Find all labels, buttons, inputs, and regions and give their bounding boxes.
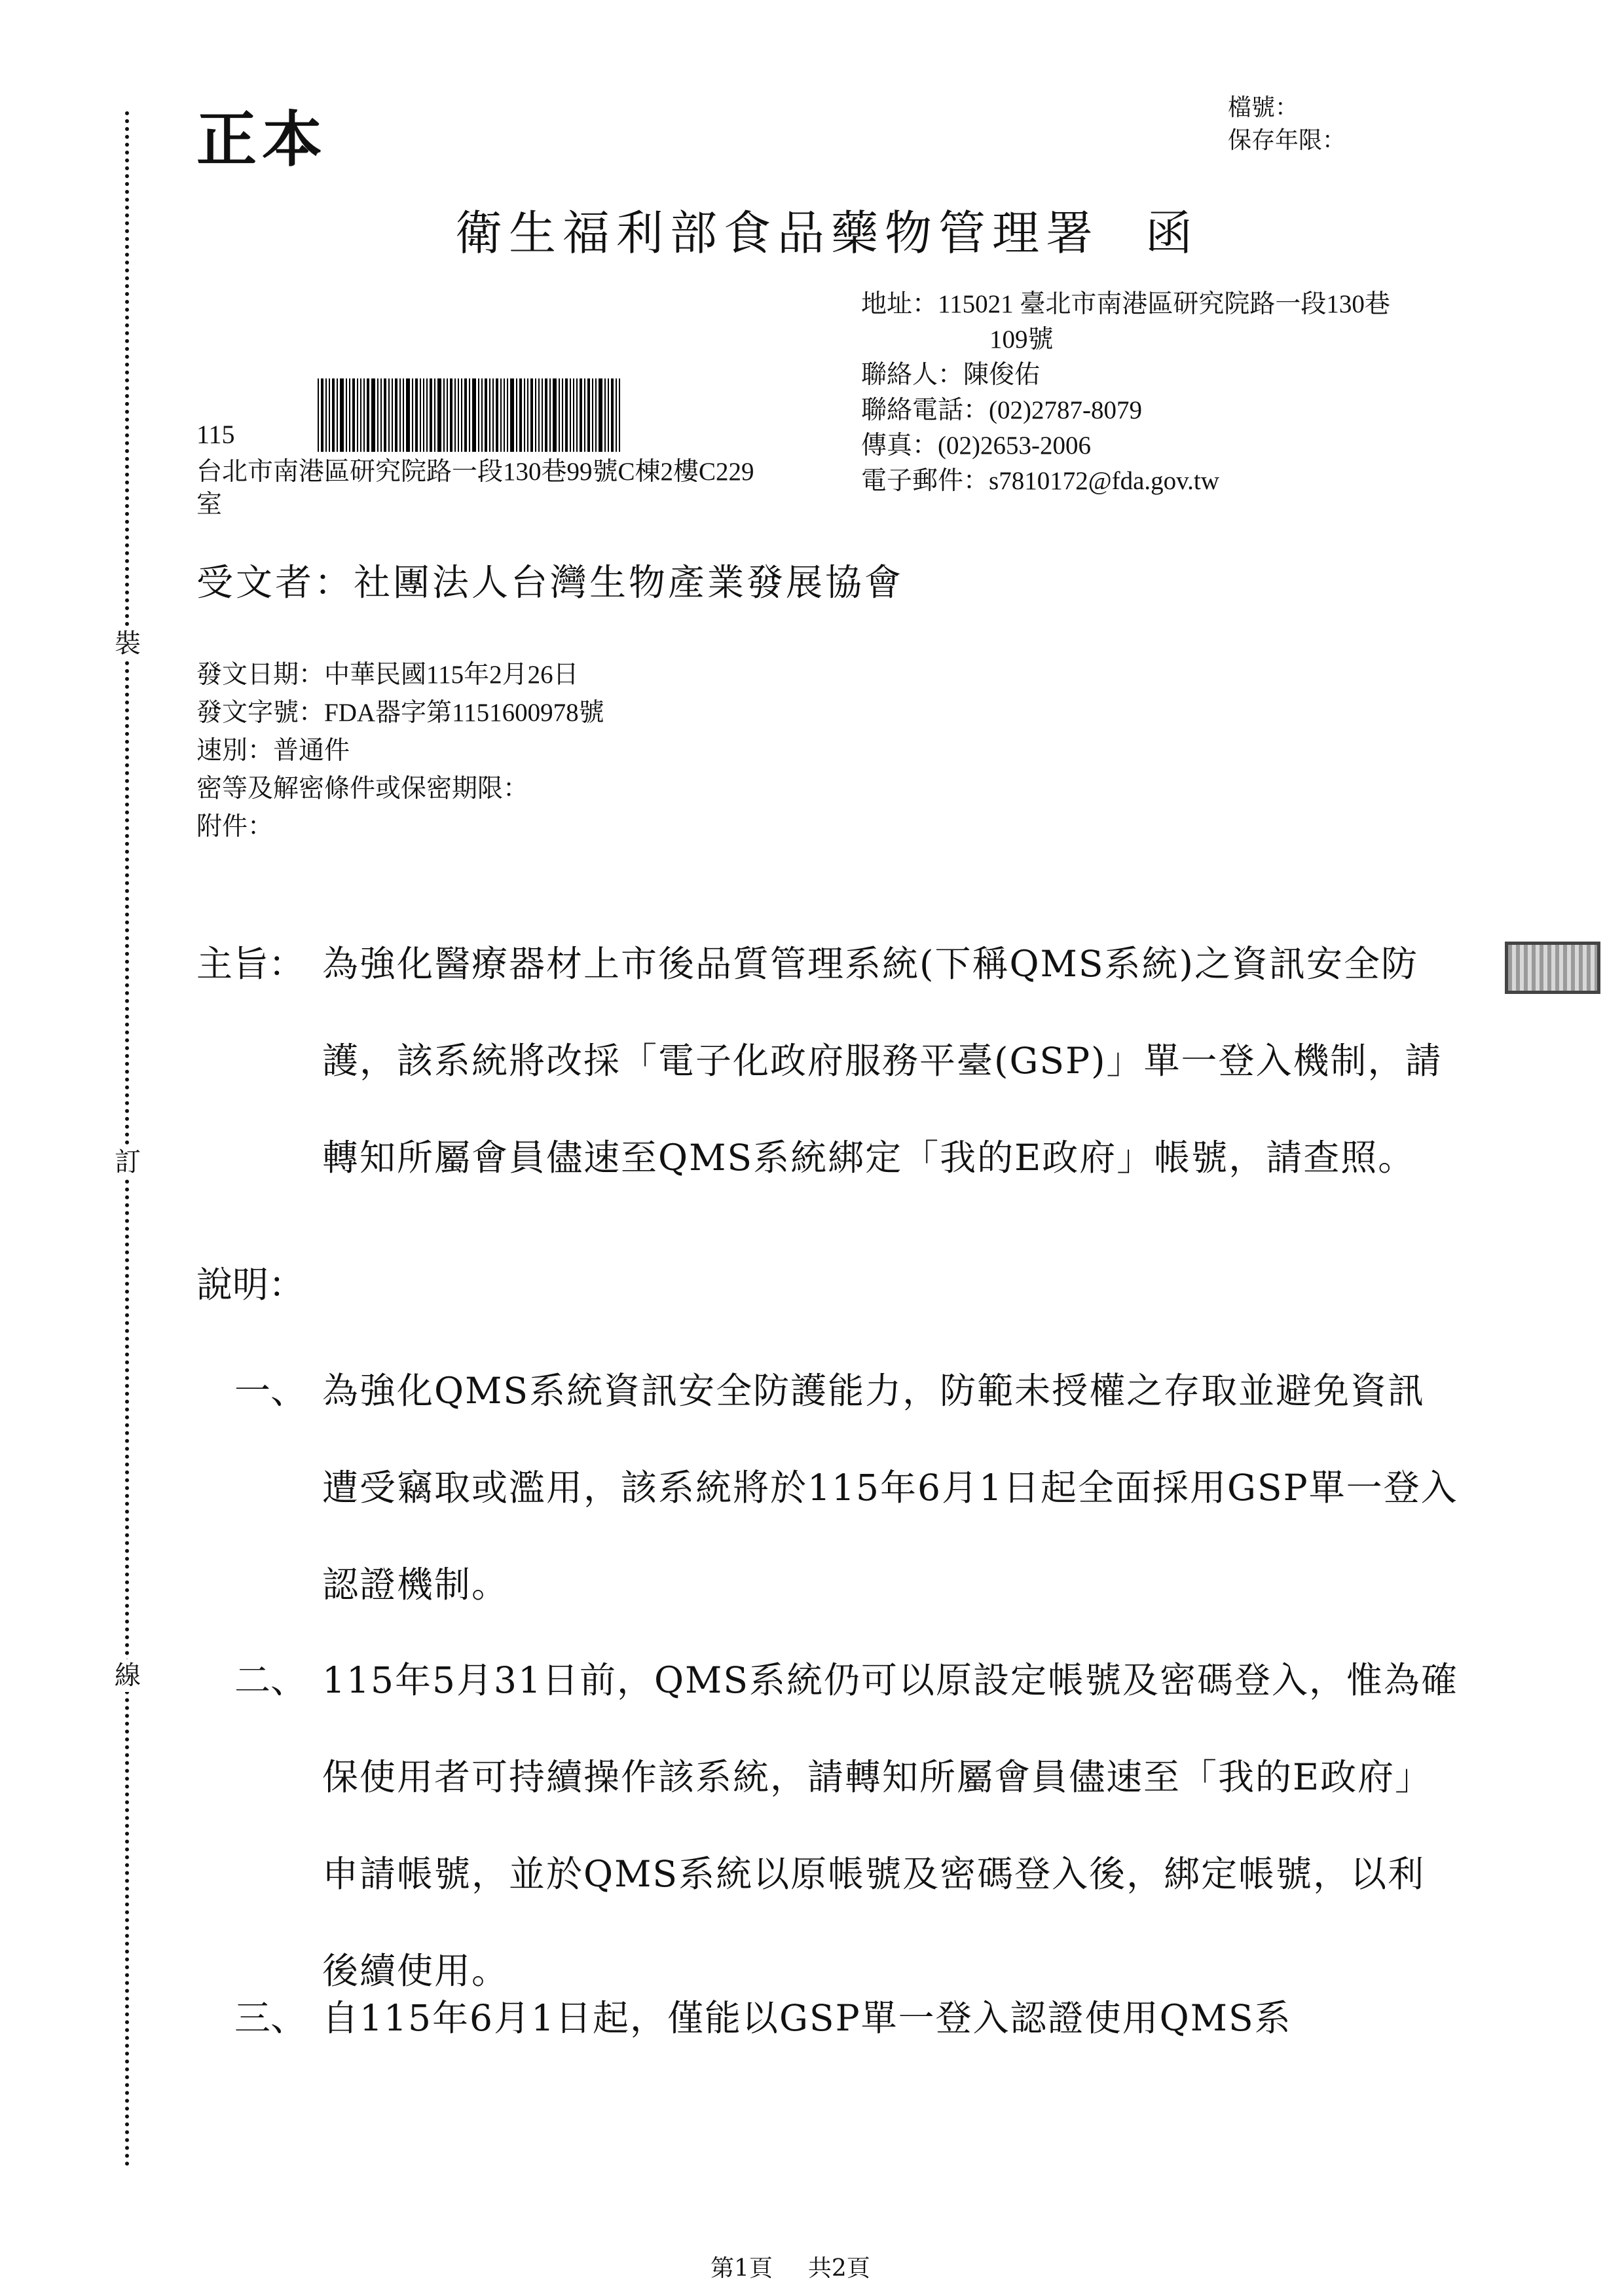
subject-text: 為強化醫療器材上市後品質管理系統(下稱QMS系統)之資訊安全防護，該系統將改採「… bbox=[322, 915, 1462, 1206]
item-text: 自115年6月1日起，僅能以GSP單一登入認證使用QMS系 bbox=[322, 1970, 1462, 2066]
email-row: 電子郵件：s7810172@fda.gov.tw bbox=[861, 464, 1390, 499]
address-value: 115021 臺北市南港區研究院路一段130巷 bbox=[938, 290, 1390, 318]
mailing-address-line2: 室 bbox=[196, 488, 754, 521]
binding-char-zhuang: 裝 bbox=[105, 627, 151, 660]
address-row-2: 109號 bbox=[861, 322, 1390, 358]
contact-person-label: 聯絡人： bbox=[861, 361, 963, 389]
page-total: 共2頁 bbox=[808, 2255, 870, 2282]
file-number-row: 檔號： bbox=[1228, 92, 1346, 124]
date-value: 中華民國115年2月26日 bbox=[324, 661, 579, 689]
reference-row: 發文字號：FDA器字第1151600978號 bbox=[196, 694, 604, 732]
item-number: 三、 bbox=[234, 1970, 306, 2066]
explanation-label: 說明： bbox=[196, 1256, 304, 1308]
contact-block: 地址：115021 臺北市南港區研究院路一段130巷 109號 聯絡人：陳俊佑 … bbox=[861, 287, 1390, 499]
mailing-address-line1: 台北市南港區研究院路一段130巷99號C棟2樓C229 bbox=[196, 456, 754, 488]
attachment-row: 附件： bbox=[196, 808, 604, 846]
postcode: 115 bbox=[196, 419, 235, 450]
contact-person-row: 聯絡人：陳俊佑 bbox=[861, 358, 1390, 393]
binding-char-ding: 訂 bbox=[105, 1146, 151, 1179]
document-type: 函 bbox=[1145, 206, 1199, 261]
retention-label: 保存年限： bbox=[1228, 124, 1346, 157]
item-number: 一、 bbox=[234, 1342, 306, 1439]
speed-row: 速別：普通件 bbox=[196, 732, 604, 770]
phone-value: (02)2787-8079 bbox=[989, 396, 1142, 424]
fax-label: 傳真： bbox=[861, 431, 938, 460]
fax-row: 傳真：(02)2653-2006 bbox=[861, 428, 1390, 464]
archive-info: 檔號： 保存年限： bbox=[1228, 92, 1346, 157]
agency-name: 衛生福利部食品藥物管理署 bbox=[455, 206, 1099, 261]
page-current: 第1頁 bbox=[710, 2255, 773, 2282]
speed-value: 普通件 bbox=[273, 737, 350, 765]
recipient-label: 受文者： bbox=[196, 562, 354, 604]
attachment-label: 附件： bbox=[196, 813, 273, 841]
barcode bbox=[318, 378, 690, 452]
document-meta: 發文日期：中華民國115年2月26日 發文字號：FDA器字第1151600978… bbox=[196, 656, 604, 846]
item-number: 二、 bbox=[234, 1632, 306, 1729]
speed-label: 速別： bbox=[196, 737, 273, 765]
page-footer: 第1頁共2頁 bbox=[710, 2250, 870, 2283]
date-label: 發文日期： bbox=[196, 661, 324, 689]
binding-line bbox=[125, 111, 129, 2167]
reference-value: FDA器字第1151600978號 bbox=[324, 699, 604, 727]
item-text: 為強化QMS系統資訊安全防護能力，防範未授權之存取並避免資訊遭受竊取或濫用，該系… bbox=[322, 1342, 1462, 1633]
binding-char-xian: 線 bbox=[105, 1659, 151, 1692]
fax-value: (02)2653-2006 bbox=[938, 431, 1091, 460]
phone-row: 聯絡電話：(02)2787-8079 bbox=[861, 393, 1390, 428]
recipient: 受文者：社團法人台灣生物產業發展協會 bbox=[196, 554, 904, 606]
secrecy-row: 密等及解密條件或保密期限： bbox=[196, 770, 604, 808]
agency-title: 衛生福利部食品藥物管理署函 bbox=[455, 195, 1199, 263]
item-text: 115年5月31日前，QMS系統仍可以原設定帳號及密碼登入，惟為確保使用者可持續… bbox=[322, 1632, 1462, 2019]
official-seal-stamp bbox=[1505, 942, 1600, 994]
subject-label: 主旨： bbox=[196, 915, 304, 1012]
contact-person-value: 陳俊佑 bbox=[963, 361, 1040, 389]
original-copy-mark: 正本 bbox=[196, 92, 327, 178]
secrecy-label: 密等及解密條件或保密期限： bbox=[196, 775, 528, 803]
retention-row: 保存年限： bbox=[1228, 124, 1346, 157]
address-row: 地址：115021 臺北市南港區研究院路一段130巷 bbox=[861, 287, 1390, 322]
recipient-name: 社團法人台灣生物產業發展協會 bbox=[354, 562, 904, 604]
email-label: 電子郵件： bbox=[861, 467, 989, 495]
address-label: 地址： bbox=[861, 290, 938, 318]
file-number-label: 檔號： bbox=[1228, 92, 1299, 124]
email-value[interactable]: s7810172@fda.gov.tw bbox=[989, 467, 1219, 495]
mailing-address: 台北市南港區研究院路一段130巷99號C棟2樓C229 室 bbox=[196, 456, 754, 521]
date-row: 發文日期：中華民國115年2月26日 bbox=[196, 656, 604, 694]
reference-label: 發文字號： bbox=[196, 699, 324, 727]
phone-label: 聯絡電話： bbox=[861, 396, 989, 424]
